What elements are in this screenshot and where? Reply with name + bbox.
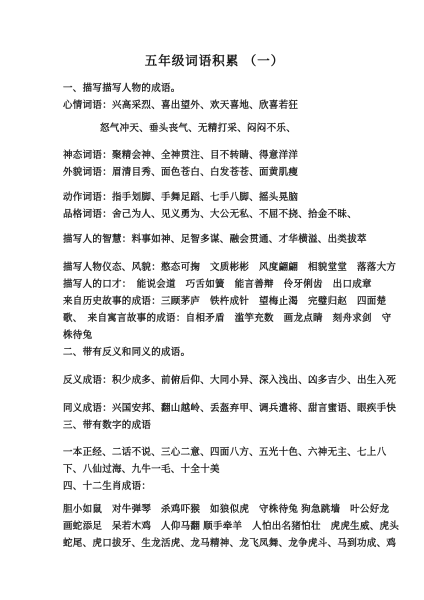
zodiac-idioms-line-1: 胆小如鼠 对牛弹琴 杀鸡吓猴 如狼似虎 守株待兔 狗急跳墙 叶公好龙 xyxy=(63,501,366,518)
zodiac-idioms-line-2: 画蛇添足 呆若木鸡 人仰马翻 顺手牵羊 人怕出名猪怕壮 虎虎生威、虎头 xyxy=(63,518,366,535)
document-title: 五年级词语积累 （一） xyxy=(63,52,366,71)
fable-idioms-line: 歌、 来自寓言故事的成语：自相矛盾 滥竽充数 画龙点睛 刻舟求剑 守 xyxy=(63,310,366,327)
action-words-line: 动作词语：指手划脚、手舞足蹈、七手八脚、摇头晃脑 xyxy=(63,189,366,206)
zodiac-idioms-line-3: 蛇尾、虎口拔牙、生龙活虎、龙马精神、龙飞凤舞、龙争虎斗、马到功成、鸡 xyxy=(63,535,366,552)
eloquence-words-line: 描写人的口才： 能说会道 巧舌如簧 能言善辩 伶牙俐齿 出口成章 xyxy=(63,276,366,293)
fable-idioms-continued: 株待兔 xyxy=(63,327,366,344)
history-idioms-line: 来自历史故事的成语：三顾茅庐 铁杵成针 望梅止渴 完璧归赵 四面楚 xyxy=(63,293,366,310)
number-idioms-line: 一本正经、二话不说、三心二意、四面八方、五光十色、六神无主、七上八 xyxy=(63,444,366,461)
number-idioms-continued: 下、八仙过海、九牛一毛、十全十美 xyxy=(63,461,366,478)
document-page: 五年级词语积累 （一） 一、描写描写人物的成语。 心情词语：兴高采烈、喜出望外、… xyxy=(0,0,424,600)
section-4-heading: 四、十二生肖成语： xyxy=(63,478,366,495)
wisdom-words-line: 描写人的智慧：料事如神、足智多谋、融会贯通、才华横溢、出类拔萃 xyxy=(63,231,366,248)
expression-words-line: 神态词语：聚精会神、全神贯注、目不转睛、得意洋洋 xyxy=(63,147,366,164)
section-3-heading: 三、带有数字的成语 xyxy=(63,417,366,434)
section-2-heading: 二、带有反义和同义的成语。 xyxy=(63,344,366,361)
section-1-heading: 一、描写描写人物的成语。 xyxy=(63,80,366,97)
character-words-line: 品格词语：舍己为人、见义勇为、大公无私、不屈不挠、拾金不昧、 xyxy=(63,206,366,223)
appearance-words-line: 外貌词语：眉清目秀、面色苍白、白发苍苍、面黄肌瘦 xyxy=(63,164,366,181)
antonym-idioms-line: 反义成语：积少成多、前俯后仰、大同小异、深入浅出、凶多吉少、出生入死 xyxy=(63,372,366,389)
mood-words-line: 心情词语：兴高采烈、喜出望外、欢天喜地、欣喜若狂 xyxy=(63,97,366,114)
bearing-words-line: 描写人物仪态、风貌：憨态可掬 文质彬彬 风度翩翩 相貌堂堂 落落大方 xyxy=(63,259,366,276)
synonym-idioms-line: 同义成语：兴国安邦、翻山越岭、丢盔弃甲、调兵遣将、甜言蜜语、眼疾手快 xyxy=(63,400,366,417)
mood-words-continued: 怒气冲天、垂头丧气、无精打采、闷闷不乐、 xyxy=(63,120,366,137)
